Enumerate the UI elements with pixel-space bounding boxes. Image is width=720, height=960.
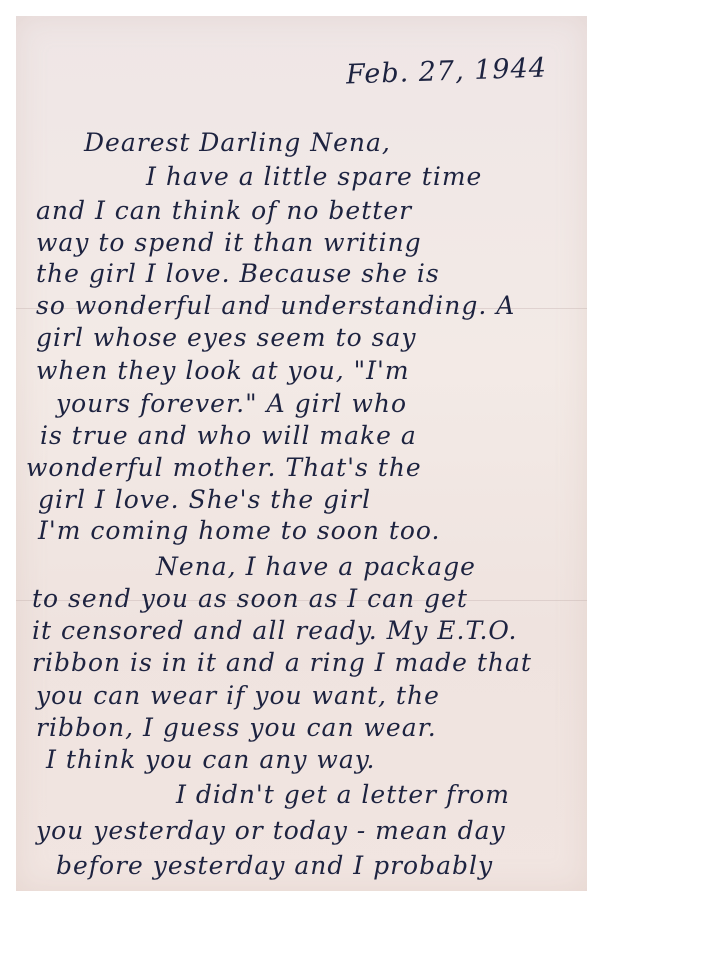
letter-line: girl I love. She's the girl [38, 485, 371, 514]
letter-line: to send you as soon as I can get [32, 584, 468, 613]
letter-date: Feb. 27, 1944 [346, 53, 548, 91]
letter-line: it censored and all ready. My E.T.O. [32, 616, 517, 645]
letter-line: girl whose eyes seem to say [36, 323, 416, 352]
letter-line: the girl I love. Because she is [36, 259, 440, 288]
letter-line: Nena, I have a package [156, 552, 476, 581]
letter-line: wonderful mother. That's the [26, 453, 422, 482]
letter-line: way to spend it than writing [36, 228, 422, 257]
letter-page: Feb. 27, 1944 Dearest Darling Nena, I ha… [16, 16, 587, 891]
letter-line: ribbon, I guess you can wear. [36, 713, 437, 742]
letter-line: I didn't get a letter from [176, 780, 510, 809]
letter-line: I'm coming home to soon too. [38, 516, 441, 545]
letter-line: is true and who will make a [40, 421, 417, 450]
letter-line: I have a little spare time [146, 162, 482, 191]
letter-line: you can wear if you want, the [36, 681, 440, 710]
letter-line: and I can think of no better [36, 196, 412, 225]
letter-line: yours forever." A girl who [56, 389, 407, 418]
letter-line: when they look at you, "I'm [36, 356, 410, 385]
letter-line: before yesterday and I probably [56, 851, 493, 880]
letter-line: you yesterday or today - mean day [36, 816, 506, 845]
letter-salutation: Dearest Darling Nena, [84, 128, 391, 157]
letter-line: ribbon is in it and a ring I made that [32, 648, 532, 677]
letter-line: I think you can any way. [46, 745, 375, 774]
letter-line: so wonderful and understanding. A [36, 291, 515, 320]
